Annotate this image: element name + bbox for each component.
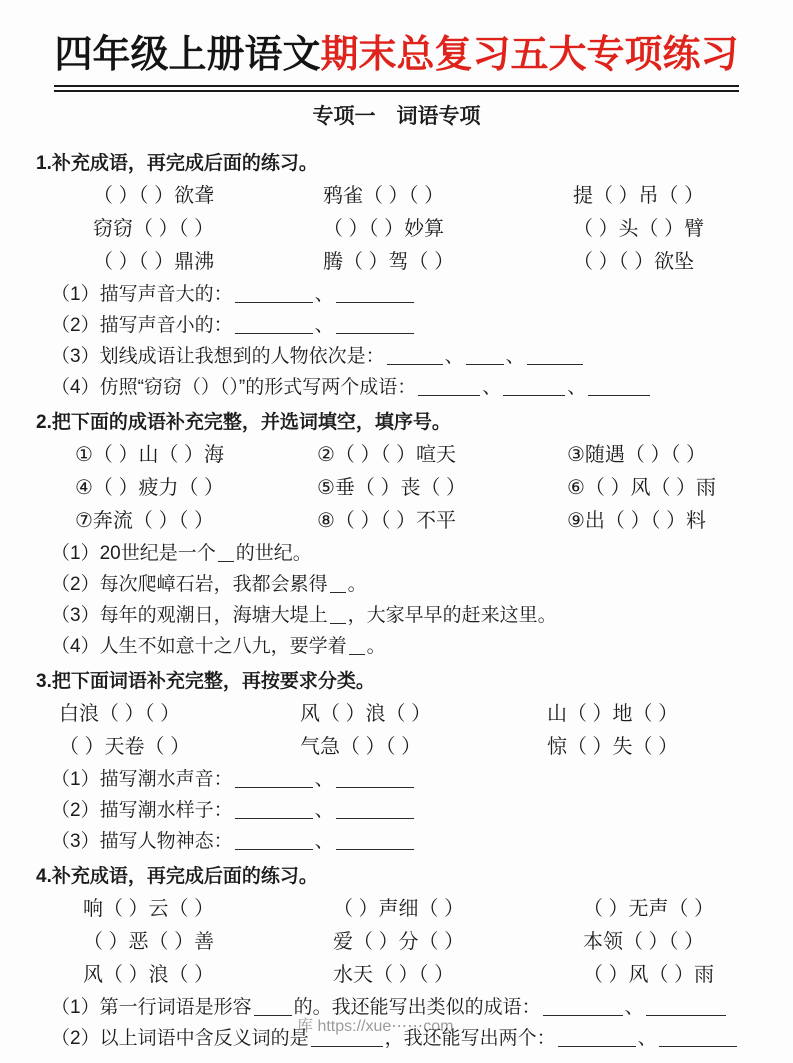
idiom-row: （ ）（ ）鼎沸 腾（ ）驾（ ） （ ）（ ）欲坠	[93, 246, 757, 279]
separator: 、	[445, 346, 464, 367]
section-subtitle: 专项一 词语专项	[36, 99, 757, 135]
answer-blank	[330, 604, 346, 624]
question-line: （2）每次爬嶂石岩，我都会累得。	[51, 569, 757, 600]
answer-blank	[235, 799, 313, 819]
idiom-row: ⑦奔流（ ）（ ） ⑧（ ）（ ）不平 ⑨出（ ）（ ）料	[75, 505, 757, 538]
idiom-cell: ⑨出（ ）（ ）料	[567, 505, 757, 538]
idiom-cell: 鸦雀（ ）（ ）	[323, 180, 573, 213]
answer-blank	[336, 314, 414, 334]
question-text: ，大家早早的赶来这里。	[348, 605, 557, 626]
answer-blank	[543, 996, 623, 1016]
idiom-cell: ①（ ）山（ ）海	[75, 439, 317, 472]
idiom-cell: （ ）声细（ ）	[333, 893, 583, 926]
answer-blank	[659, 1027, 737, 1047]
title-double-rule	[54, 85, 739, 92]
separator: 、	[625, 997, 644, 1018]
section-1-heading: 1.补充成语，再完成后面的练习。	[36, 148, 757, 180]
page-title: 四年级上册语文期末总复习五大专项练习	[36, 26, 757, 84]
question-line: （3）描写人物神态：、	[51, 826, 757, 857]
idiom-cell: ③随遇（ ）（ ）	[567, 439, 757, 472]
question-text: （2）每次爬嶂石岩，我都会累得	[51, 574, 328, 595]
answer-blank	[254, 996, 292, 1016]
idiom-cell: 风（ ）浪（ ）	[83, 959, 333, 992]
question-line: （2）描写潮水样子：、	[51, 795, 757, 826]
separator: 、	[315, 284, 334, 305]
question-line: （3）划线成语让我想到的人物依次是：、、	[51, 341, 757, 372]
question-text: （2）以上词语中含反义词的是	[51, 1028, 309, 1049]
question-line: （4）人生不如意十之八九，要学着。	[51, 631, 757, 662]
idiom-cell: 腾（ ）驾（ ）	[323, 246, 573, 279]
answer-blank	[330, 573, 346, 593]
section-2: 2.把下面的成语补充完整，并选词填空，填序号。 ①（ ）山（ ）海 ②（ ）（ …	[36, 407, 757, 662]
question-text: 的。我还能写出类似的成语：	[294, 997, 541, 1018]
question-line: （1）描写潮水声音：、	[51, 764, 757, 795]
question-text: ，我还能写出两个：	[385, 1028, 556, 1049]
question-text: （4）仿照“窃窃（）（）”的形式写两个成语：	[51, 377, 416, 398]
idiom-cell: 水天（ ）（ ）	[333, 959, 583, 992]
idiom-cell: ⑦奔流（ ）（ ）	[75, 505, 317, 538]
idiom-cell: ④（ ）疲力（ ）	[75, 472, 317, 505]
answer-blank	[588, 376, 650, 396]
idiom-row: 响（ ）云（ ） （ ）声细（ ） （ ）无声（ ）	[83, 893, 757, 926]
question-text: （1）描写声音大的：	[51, 284, 233, 305]
question-text: （3）描写人物神态：	[51, 831, 233, 852]
question-text: （3）划线成语让我想到的人物依次是：	[51, 346, 385, 367]
question-line: （1）描写声音大的：、	[51, 279, 757, 310]
separator: 、	[315, 769, 334, 790]
question-line: （1）20世纪是一个的世纪。	[51, 538, 757, 569]
idiom-cell: （ ）风（ ）雨	[583, 959, 757, 992]
title-red-part: 期末总复习五大专项练习	[321, 34, 739, 76]
answer-blank	[235, 314, 313, 334]
answer-blank	[387, 345, 443, 365]
idiom-row: 风（ ）浪（ ） 水天（ ）（ ） （ ）风（ ）雨	[83, 959, 757, 992]
separator: 、	[315, 831, 334, 852]
idiom-cell: （ ）（ ）欲坠	[573, 246, 757, 279]
idiom-cell: （ ）（ ）鼎沸	[93, 246, 323, 279]
separator: 、	[315, 315, 334, 336]
question-text: （1）第一行词语是形容	[51, 997, 252, 1018]
answer-blank	[336, 768, 414, 788]
question-text: 。	[348, 574, 367, 595]
idiom-cell: 爱（ ）分（ ）	[333, 926, 583, 959]
idiom-cell: （ ）天卷（ ）	[59, 731, 300, 764]
idiom-row: （ ）（ ）欲聋 鸦雀（ ）（ ） 提（ ）吊（ ）	[93, 180, 757, 213]
idiom-cell: （ ）恶（ ）善	[83, 926, 333, 959]
idiom-row: 白浪（ ）（ ） 风（ ）浪（ ） 山（ ）地（ ）	[59, 698, 757, 731]
answer-blank	[349, 635, 365, 655]
idiom-row: ④（ ）疲力（ ） ⑤垂（ ）丧（ ） ⑥（ ）风（ ）雨	[75, 472, 757, 505]
idiom-row: ①（ ）山（ ）海 ②（ ）（ ）喧天 ③随遇（ ）（ ）	[75, 439, 757, 472]
question-line: （3）每年的观潮日，海塘大堤上，大家早早的赶来这里。	[51, 600, 757, 631]
answer-blank	[235, 768, 313, 788]
question-line: （1）第一行词语是形容的。我还能写出类似的成语：、	[51, 992, 757, 1023]
section-4-heading: 4.补充成语，再完成后面的练习。	[36, 861, 757, 893]
idiom-cell: 窃窃（ ）（ ）	[93, 213, 323, 246]
question-text: （3）每年的观潮日，海塘大堤上	[51, 605, 328, 626]
separator: 、	[482, 377, 501, 398]
answer-blank	[503, 376, 565, 396]
separator: 、	[567, 377, 586, 398]
page-content: 四年级上册语文期末总复习五大专项练习 专项一 词语专项 1.补充成语，再完成后面…	[36, 26, 757, 1054]
idiom-cell: 响（ ）云（ ）	[83, 893, 333, 926]
separator: 、	[638, 1028, 657, 1049]
idiom-cell: 白浪（ ）（ ）	[59, 698, 300, 731]
idiom-cell: （ ）（ ）妙算	[323, 213, 573, 246]
idiom-cell: 风（ ）浪（ ）	[300, 698, 547, 731]
idiom-cell: 气急（ ）（ ）	[300, 731, 547, 764]
idiom-cell: 山（ ）地（ ）	[547, 698, 757, 731]
idiom-cell: ⑤垂（ ）丧（ ）	[317, 472, 567, 505]
answer-blank	[336, 799, 414, 819]
separator: 、	[315, 800, 334, 821]
question-text: 的世纪。	[236, 543, 312, 564]
section-3-heading: 3.把下面词语补充完整，再按要求分类。	[36, 666, 757, 698]
question-text: 。	[367, 636, 386, 657]
question-text: （4）人生不如意十之八九，要学着	[51, 636, 347, 657]
section-3: 3.把下面词语补充完整，再按要求分类。 白浪（ ）（ ） 风（ ）浪（ ） 山（…	[36, 666, 757, 857]
answer-blank	[336, 830, 414, 850]
question-text: （2）描写声音小的：	[51, 315, 233, 336]
idiom-row: 窃窃（ ）（ ） （ ）（ ）妙算 （ ）头（ ）臂	[93, 213, 757, 246]
section-2-heading: 2.把下面的成语补充完整，并选词填空，填序号。	[36, 407, 757, 439]
idiom-row: （ ）天卷（ ） 气急（ ）（ ） 惊（ ）失（ ）	[59, 731, 757, 764]
answer-blank	[336, 283, 414, 303]
answer-blank	[418, 376, 480, 396]
question-line: （2）以上词语中含反义词的是，我还能写出两个：、	[51, 1023, 757, 1054]
section-1: 1.补充成语，再完成后面的练习。 （ ）（ ）欲聋 鸦雀（ ）（ ） 提（ ）吊…	[36, 148, 757, 403]
idiom-cell: 提（ ）吊（ ）	[573, 180, 757, 213]
idiom-cell: ⑥（ ）风（ ）雨	[567, 472, 757, 505]
idiom-cell: （ ）无声（ ）	[583, 893, 757, 926]
idiom-cell: （ ）（ ）欲聋	[93, 180, 323, 213]
answer-blank	[235, 830, 313, 850]
idiom-cell: （ ）头（ ）臂	[573, 213, 757, 246]
answer-blank	[646, 996, 726, 1016]
idiom-cell: ②（ ）（ ）喧天	[317, 439, 567, 472]
idiom-row: （ ）恶（ ）善 爱（ ）分（ ） 本领（ ）（ ）	[83, 926, 757, 959]
answer-blank	[466, 345, 504, 365]
title-black-part: 四年级上册语文	[54, 34, 320, 76]
answer-blank	[558, 1027, 636, 1047]
idiom-cell: ⑧（ ）（ ）不平	[317, 505, 567, 538]
question-text: （1）描写潮水声音：	[51, 769, 233, 790]
answer-blank	[527, 345, 583, 365]
worksheet-page: 库 https://xue⋯⋯com 四年级上册语文期末总复习五大专项练习 专项…	[0, 0, 793, 1063]
question-line: （4）仿照“窃窃（）（）”的形式写两个成语：、、	[51, 372, 757, 403]
answer-blank	[218, 542, 234, 562]
question-text: （1）20世纪是一个	[51, 543, 216, 564]
answer-blank	[311, 1027, 383, 1047]
idiom-cell: 惊（ ）失（ ）	[547, 731, 757, 764]
answer-blank	[235, 283, 313, 303]
question-line: （2）描写声音小的：、	[51, 310, 757, 341]
idiom-cell: 本领（ ）（ ）	[583, 926, 757, 959]
separator: 、	[506, 346, 525, 367]
question-text: （2）描写潮水样子：	[51, 800, 233, 821]
section-4: 4.补充成语，再完成后面的练习。 响（ ）云（ ） （ ）声细（ ） （ ）无声…	[36, 861, 757, 1054]
